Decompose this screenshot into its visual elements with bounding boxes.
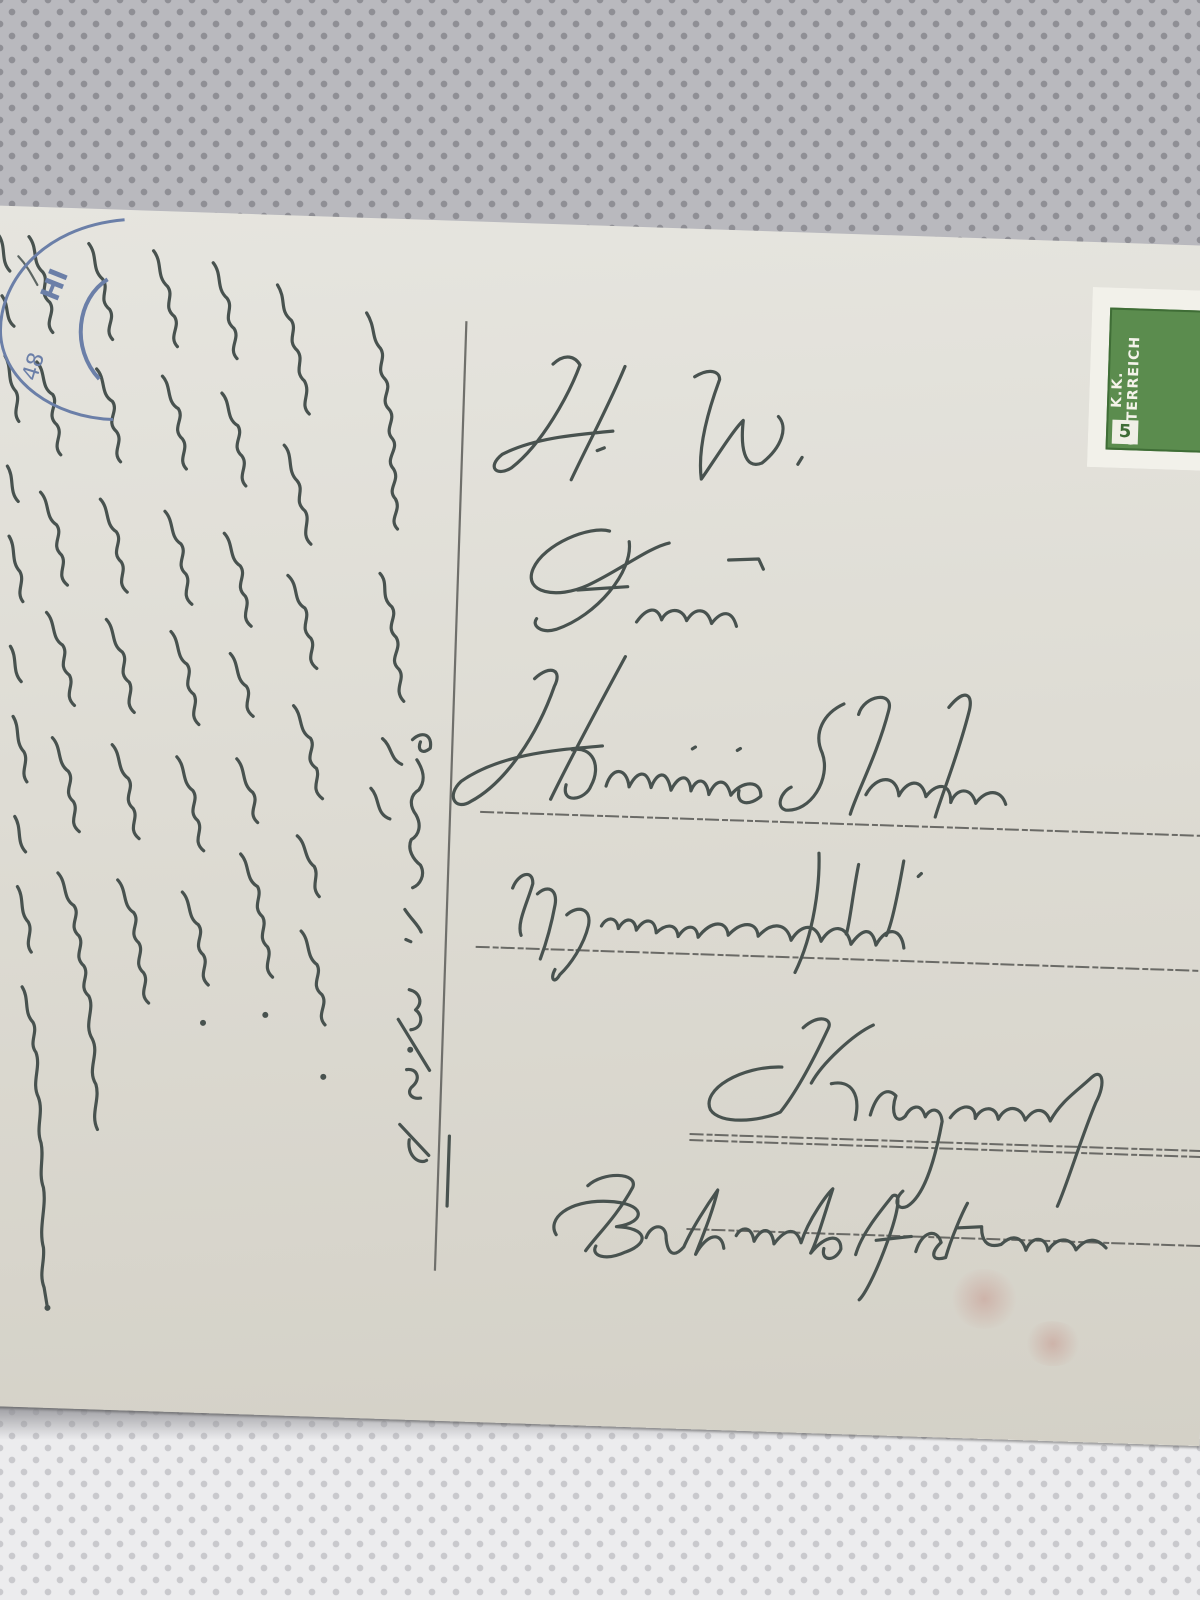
postmark-number: 48 bbox=[18, 350, 50, 384]
postcard: H. W. Frau Hermine Schem Oberlandesgeric… bbox=[0, 205, 1200, 1446]
postmark-circle: HI 48 bbox=[0, 205, 140, 430]
address-rule-2 bbox=[476, 947, 1200, 972]
address-line-2 bbox=[510, 843, 922, 992]
postmark-text: HI bbox=[35, 265, 75, 305]
center-divider-line bbox=[435, 321, 466, 1270]
address-line-frau bbox=[529, 528, 764, 638]
message-punctuation bbox=[44, 1005, 414, 1323]
stamp-value: 5 bbox=[1112, 420, 1139, 445]
postage-stamp: K.K. ÖSTERREICH 5 bbox=[1087, 287, 1200, 471]
postcard-ink-layer bbox=[0, 205, 1200, 1446]
address-line-hw bbox=[494, 355, 805, 488]
address-line-hermine bbox=[453, 651, 1010, 822]
address-rule-1 bbox=[480, 812, 1200, 837]
address-line-klagenf bbox=[706, 1015, 1104, 1214]
stamp-green-field: K.K. ÖSTERREICH 5 bbox=[1106, 308, 1200, 454]
date-tick bbox=[447, 1136, 449, 1206]
date-line-vertical bbox=[394, 734, 443, 1162]
